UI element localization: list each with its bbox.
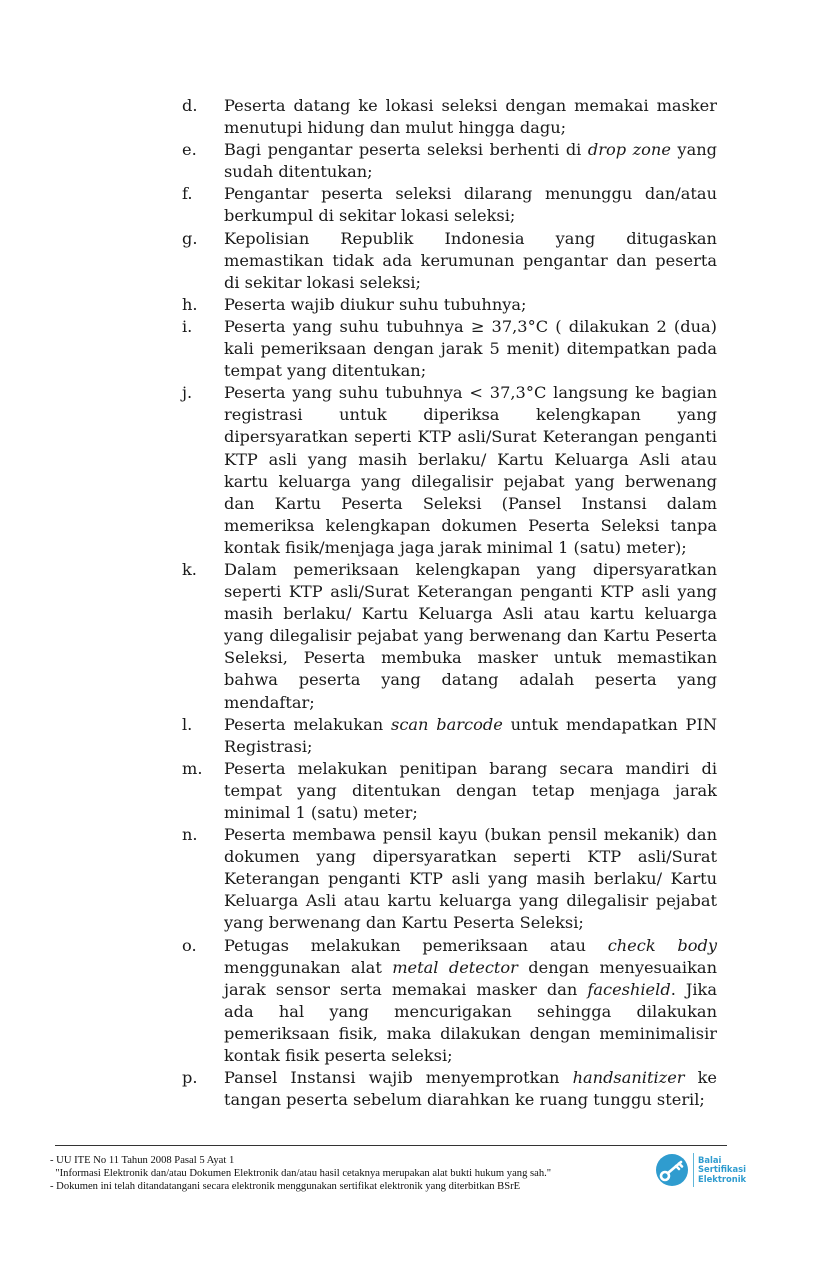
list-item-marker: g. [182, 228, 224, 294]
list-item: n.Peserta membawa pensil kayu (bukan pen… [182, 824, 717, 934]
list-item: l.Peserta melakukan scan barcode untuk m… [182, 714, 717, 758]
list-item: d.Peserta datang ke lokasi seleksi denga… [182, 95, 717, 139]
text-segment: Peserta yang suhu tubuhnya < 37,3°C lang… [224, 383, 717, 557]
footer-signature-note: - Dokumen ini telah ditandatangani secar… [50, 1181, 650, 1194]
list-item-text: Peserta yang suhu tubuhnya ≥ 37,3°C ( di… [224, 316, 717, 382]
list-item-text: Peserta melakukan penitipan barang secar… [224, 758, 717, 824]
text-segment: Pengantar peserta seleksi dilarang menun… [224, 184, 717, 225]
list-item-text: Petugas melakukan pemeriksaan atau check… [224, 935, 717, 1068]
list-item: h.Peserta wajib diukur suhu tubuhnya; [182, 294, 717, 316]
text-segment: Petugas melakukan pemeriksaan atau [224, 936, 608, 955]
list-item-marker: f. [182, 183, 224, 227]
text-segment: Kepolisian Republik Indonesia yang ditug… [224, 229, 717, 292]
text-segment: Dalam pemeriksaan kelengkapan yang diper… [224, 560, 717, 712]
italic-term: metal detector [392, 958, 518, 977]
bsre-logo: Balai Sertifikasi Elektronik [655, 1153, 746, 1187]
footer-divider [55, 1145, 727, 1146]
list-item-text: Pansel Instansi wajib menyemprotkan hand… [224, 1067, 717, 1111]
text-segment: menggunakan alat [224, 958, 392, 977]
list-item-marker: n. [182, 824, 224, 934]
list-item-marker: e. [182, 139, 224, 183]
list-item-marker: j. [182, 382, 224, 559]
footer-law-reference: - UU ITE No 11 Tahun 2008 Pasal 5 Ayat 1 [50, 1155, 650, 1168]
text-segment: Peserta membawa pensil kayu (bukan pensi… [224, 825, 717, 932]
list-item-marker: o. [182, 935, 224, 1068]
bsre-key-logo-icon [655, 1153, 689, 1187]
list-item: i.Peserta yang suhu tubuhnya ≥ 37,3°C ( … [182, 316, 717, 382]
list-item: m.Peserta melakukan penitipan barang sec… [182, 758, 717, 824]
bsre-logo-text: Balai Sertifikasi Elektronik [698, 1156, 746, 1184]
list-item-marker: l. [182, 714, 224, 758]
list-item-text: Peserta yang suhu tubuhnya < 37,3°C lang… [224, 382, 717, 559]
document-page: d.Peserta datang ke lokasi seleksi denga… [0, 0, 815, 1280]
list-item-text: Dalam pemeriksaan kelengkapan yang diper… [224, 559, 717, 714]
list-item-text: Peserta membawa pensil kayu (bukan pensi… [224, 824, 717, 934]
text-segment: Bagi pengantar peserta seleksi berhenti … [224, 140, 588, 159]
list-item-text: Bagi pengantar peserta seleksi berhenti … [224, 139, 717, 183]
list-item: j.Peserta yang suhu tubuhnya < 37,3°C la… [182, 382, 717, 559]
list-item-marker: i. [182, 316, 224, 382]
text-segment: Peserta yang suhu tubuhnya ≥ 37,3°C ( di… [224, 317, 717, 380]
text-segment: Peserta melakukan penitipan barang secar… [224, 759, 717, 822]
italic-term: faceshield [587, 980, 670, 999]
text-segment: Peserta wajib diukur suhu tubuhnya; [224, 295, 527, 314]
list-item: p.Pansel Instansi wajib menyemprotkan ha… [182, 1067, 717, 1111]
logo-separator [693, 1153, 694, 1187]
list-item-marker: h. [182, 294, 224, 316]
text-segment: Peserta datang ke lokasi seleksi dengan … [224, 96, 717, 137]
text-segment: Peserta melakukan [224, 715, 391, 734]
list-item-marker: d. [182, 95, 224, 139]
italic-term: handsanitizer [573, 1068, 685, 1087]
list-item-marker: k. [182, 559, 224, 714]
text-segment: Pansel Instansi wajib menyemprotkan [224, 1068, 573, 1087]
list-item: f.Pengantar peserta seleksi dilarang men… [182, 183, 717, 227]
italic-term: drop zone [588, 140, 671, 159]
list-item-text: Peserta datang ke lokasi seleksi dengan … [224, 95, 717, 139]
list-item: g.Kepolisian Republik Indonesia yang dit… [182, 228, 717, 294]
footer-law-quote: "Informasi Elektronik dan/atau Dokumen E… [50, 1168, 650, 1181]
italic-term: scan barcode [391, 715, 503, 734]
list-item-text: Peserta wajib diukur suhu tubuhnya; [224, 294, 717, 316]
logo-text-line: Elektronik [698, 1175, 746, 1184]
footer-notes: - UU ITE No 11 Tahun 2008 Pasal 5 Ayat 1… [50, 1155, 650, 1193]
list-item-marker: m. [182, 758, 224, 824]
list-item-text: Peserta melakukan scan barcode untuk men… [224, 714, 717, 758]
list-item: k.Dalam pemeriksaan kelengkapan yang dip… [182, 559, 717, 714]
list-item-text: Pengantar peserta seleksi dilarang menun… [224, 183, 717, 227]
list-item: e.Bagi pengantar peserta seleksi berhent… [182, 139, 717, 183]
list-item-marker: p. [182, 1067, 224, 1111]
list-item-text: Kepolisian Republik Indonesia yang ditug… [224, 228, 717, 294]
italic-term: check body [608, 936, 717, 955]
procedure-list: d.Peserta datang ke lokasi seleksi denga… [182, 95, 717, 1111]
list-item: o.Petugas melakukan pemeriksaan atau che… [182, 935, 717, 1068]
